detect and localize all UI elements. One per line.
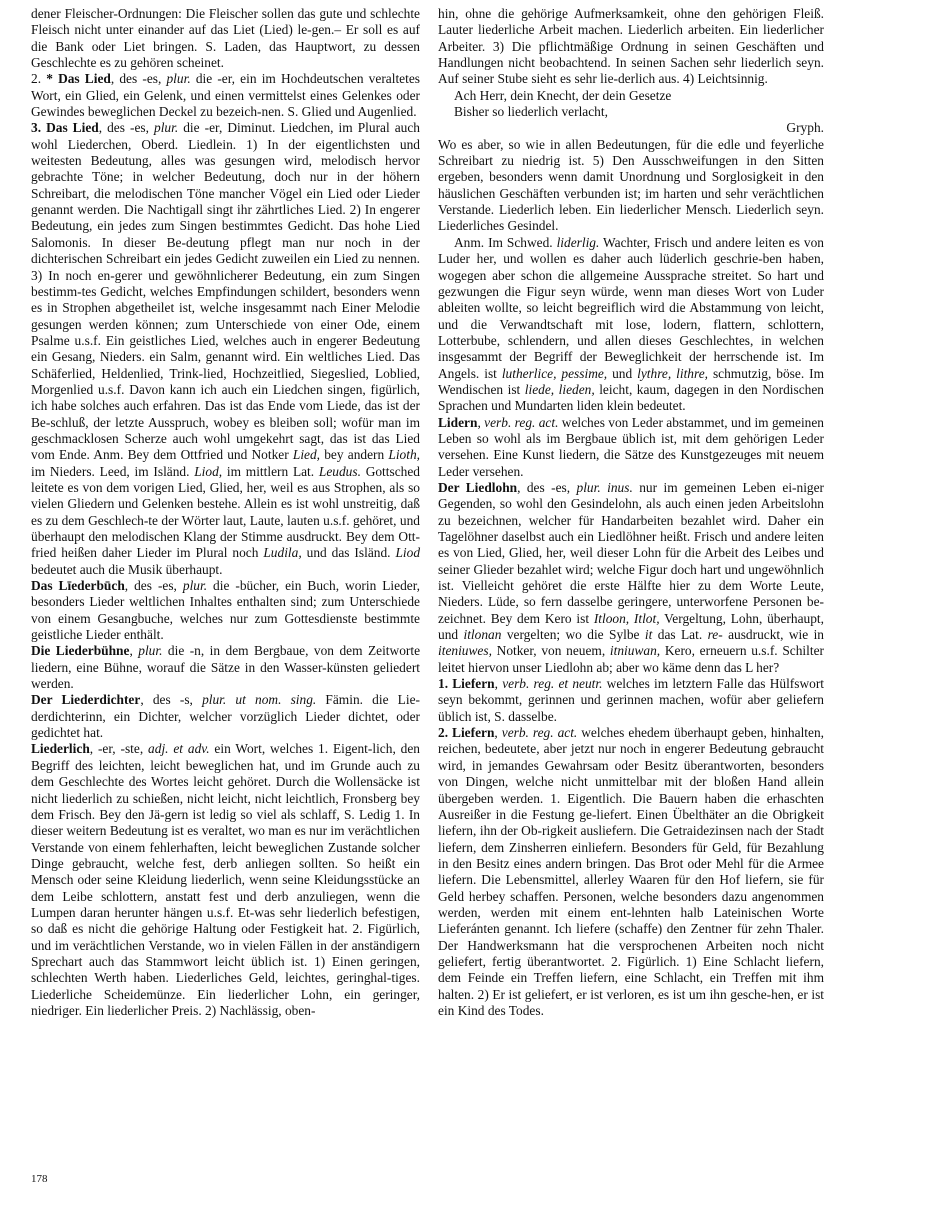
grammar-note: verb. reg. act. — [502, 725, 578, 740]
grammar-note: plur. — [166, 71, 190, 86]
left-column: dener Fleischer-Ordnungen: Die Fleischer… — [31, 6, 420, 1019]
verse-author: Gryph. — [438, 120, 824, 136]
verse-line: Bisher so liederlich verlacht, — [438, 104, 824, 120]
etymology-word: iteniuwes, — [438, 643, 492, 658]
etymology-word: Lioth, — [388, 447, 420, 462]
entry-text: das Lat. — [652, 627, 707, 642]
etymology-word: itlonan — [463, 627, 501, 642]
entry-text: , des -es, — [517, 480, 576, 495]
entry-liederlich-continued: hin, ohne die gehörige Aufmerksamkeit, o… — [438, 6, 824, 88]
entry-text: nur im gemeinen Leben ei-niger Gegenden,… — [438, 480, 824, 626]
entry-text: im Nieders. Leed, im Isländ. — [31, 464, 194, 479]
entry-text: , des -es, — [125, 578, 183, 593]
entry-number: 2. — [31, 71, 41, 86]
headword: Das Līederbūch — [31, 578, 125, 593]
obsolete-marker: * — [46, 71, 53, 86]
dictionary-page: dener Fleischer-Ordnungen: Die Fleischer… — [0, 0, 935, 1210]
entry-liefern-2: 2. Liefern, verb. reg. act. welches ehed… — [438, 725, 824, 1019]
entry-text: Anm. Im Schwed. — [454, 235, 557, 250]
etymology-word: Lied, — [293, 447, 320, 462]
entry-liederbuch: Das Līederbūch, des -es, plur. die -büch… — [31, 578, 420, 643]
etymology-word: Itloon, Itlot, — [594, 611, 660, 626]
grammar-note: plur. — [138, 643, 162, 658]
entry-das-lied-2: 2. * Das Lied, des -es, plur. die -er, e… — [31, 71, 420, 120]
entry-text: bey andern — [320, 447, 388, 462]
grammar-note: plur. inus. — [577, 480, 633, 495]
entry-text: welches ehedem überhaupt geben, hinhalte… — [438, 725, 824, 1018]
entry-liederbuehne: Die Liederbühne, plur. die -n, in dem Be… — [31, 643, 420, 692]
headword: Der Liedlohn — [438, 480, 517, 495]
entry-das-lied-3: 3. Das Lied, des -es, plur. die -er, Dim… — [31, 120, 420, 578]
entry-liederlich: Liederlich, -er, -ste, adj. et adv. ein … — [31, 741, 420, 1019]
headword: Das Lied — [58, 71, 111, 86]
verse-line: Ach Herr, dein Knecht, der dein Gesetze — [438, 88, 824, 104]
entry-text: , des -es, — [111, 71, 167, 86]
headword: 1. Liefern — [438, 676, 495, 691]
grammar-note: plur. — [154, 120, 178, 135]
annotation-liederlich: Anm. Im Schwed. liderlig. Wachter, Frisc… — [438, 235, 824, 415]
entry-text: im mittlern Lat. — [222, 464, 319, 479]
entry-liedlohn: Der Liedlohn, des -es, plur. inus. nur i… — [438, 480, 824, 676]
entry-text: und — [607, 366, 637, 381]
entry-text: und das Isländ. — [302, 545, 396, 560]
entry-continuation-fleischer: dener Fleischer-Ordnungen: Die Fleischer… — [31, 6, 420, 71]
entry-text: ausdruckt, wie in — [723, 627, 824, 642]
entry-liederdichter: Der Liederdichter, des -s, plur. ut nom.… — [31, 692, 420, 741]
grammar-note: verb. reg. et neutr. — [502, 676, 602, 691]
grammar-note: adj. et adv. — [148, 741, 210, 756]
etymology-word: lythre, lithre, — [637, 366, 708, 381]
headword: 3. Das Lied — [31, 120, 99, 135]
headword: 2. Liefern — [438, 725, 494, 740]
headword: Lidern — [438, 415, 477, 430]
grammar-note: verb. reg. act. — [484, 415, 558, 430]
entry-text: , -er, -ste, — [90, 741, 148, 756]
entry-liefern-1: 1. Liefern, verb. reg. et neutr. welches… — [438, 676, 824, 725]
entry-text: bedeutet auch die Musik überhaupt. — [31, 562, 223, 577]
entry-liederlich-meaning-5: Wo es aber, so wie in allen Bedeutungen,… — [438, 137, 824, 235]
entry-text: , des -es, — [99, 120, 154, 135]
grammar-note: plur. — [183, 578, 207, 593]
etymology-word: lutherlice, pessime, — [502, 366, 607, 381]
headword: Die Liederbühne — [31, 643, 129, 658]
entry-text: ein Wort, welches 1. Eigent-lich, den Be… — [31, 741, 420, 1018]
page-number: 178 — [31, 1172, 48, 1186]
etymology-word: liderlig. — [557, 235, 600, 250]
entry-text: Wachter, Frisch und andere leiten es von… — [438, 235, 824, 381]
entry-lidern: Lidern, verb. reg. act. welches von Lede… — [438, 415, 824, 480]
etymology-word: re- — [708, 627, 723, 642]
etymology-word: Leudus. — [319, 464, 361, 479]
headword: Der Liederdichter — [31, 692, 140, 707]
entry-text: , — [494, 725, 501, 740]
entry-text: , des -s, — [140, 692, 202, 707]
etymology-word: liede, lieden, — [525, 382, 595, 397]
etymology-word: Ludila, — [263, 545, 301, 560]
etymology-word: Liod — [395, 545, 420, 560]
etymology-word: Liod, — [194, 464, 222, 479]
etymology-word: itniuwan, — [610, 643, 660, 658]
entry-text: Notker, von neuem, — [492, 643, 610, 658]
grammar-note: plur. ut nom. sing. — [202, 692, 316, 707]
right-column: hin, ohne die gehörige Aufmerksamkeit, o… — [438, 6, 824, 1019]
entry-text: die -er, Diminut. Liedchen, im Plural au… — [31, 120, 420, 462]
entry-text: , — [129, 643, 138, 658]
entry-text: vergelten; wo die Sylbe — [501, 627, 644, 642]
headword: Liederlich — [31, 741, 90, 756]
